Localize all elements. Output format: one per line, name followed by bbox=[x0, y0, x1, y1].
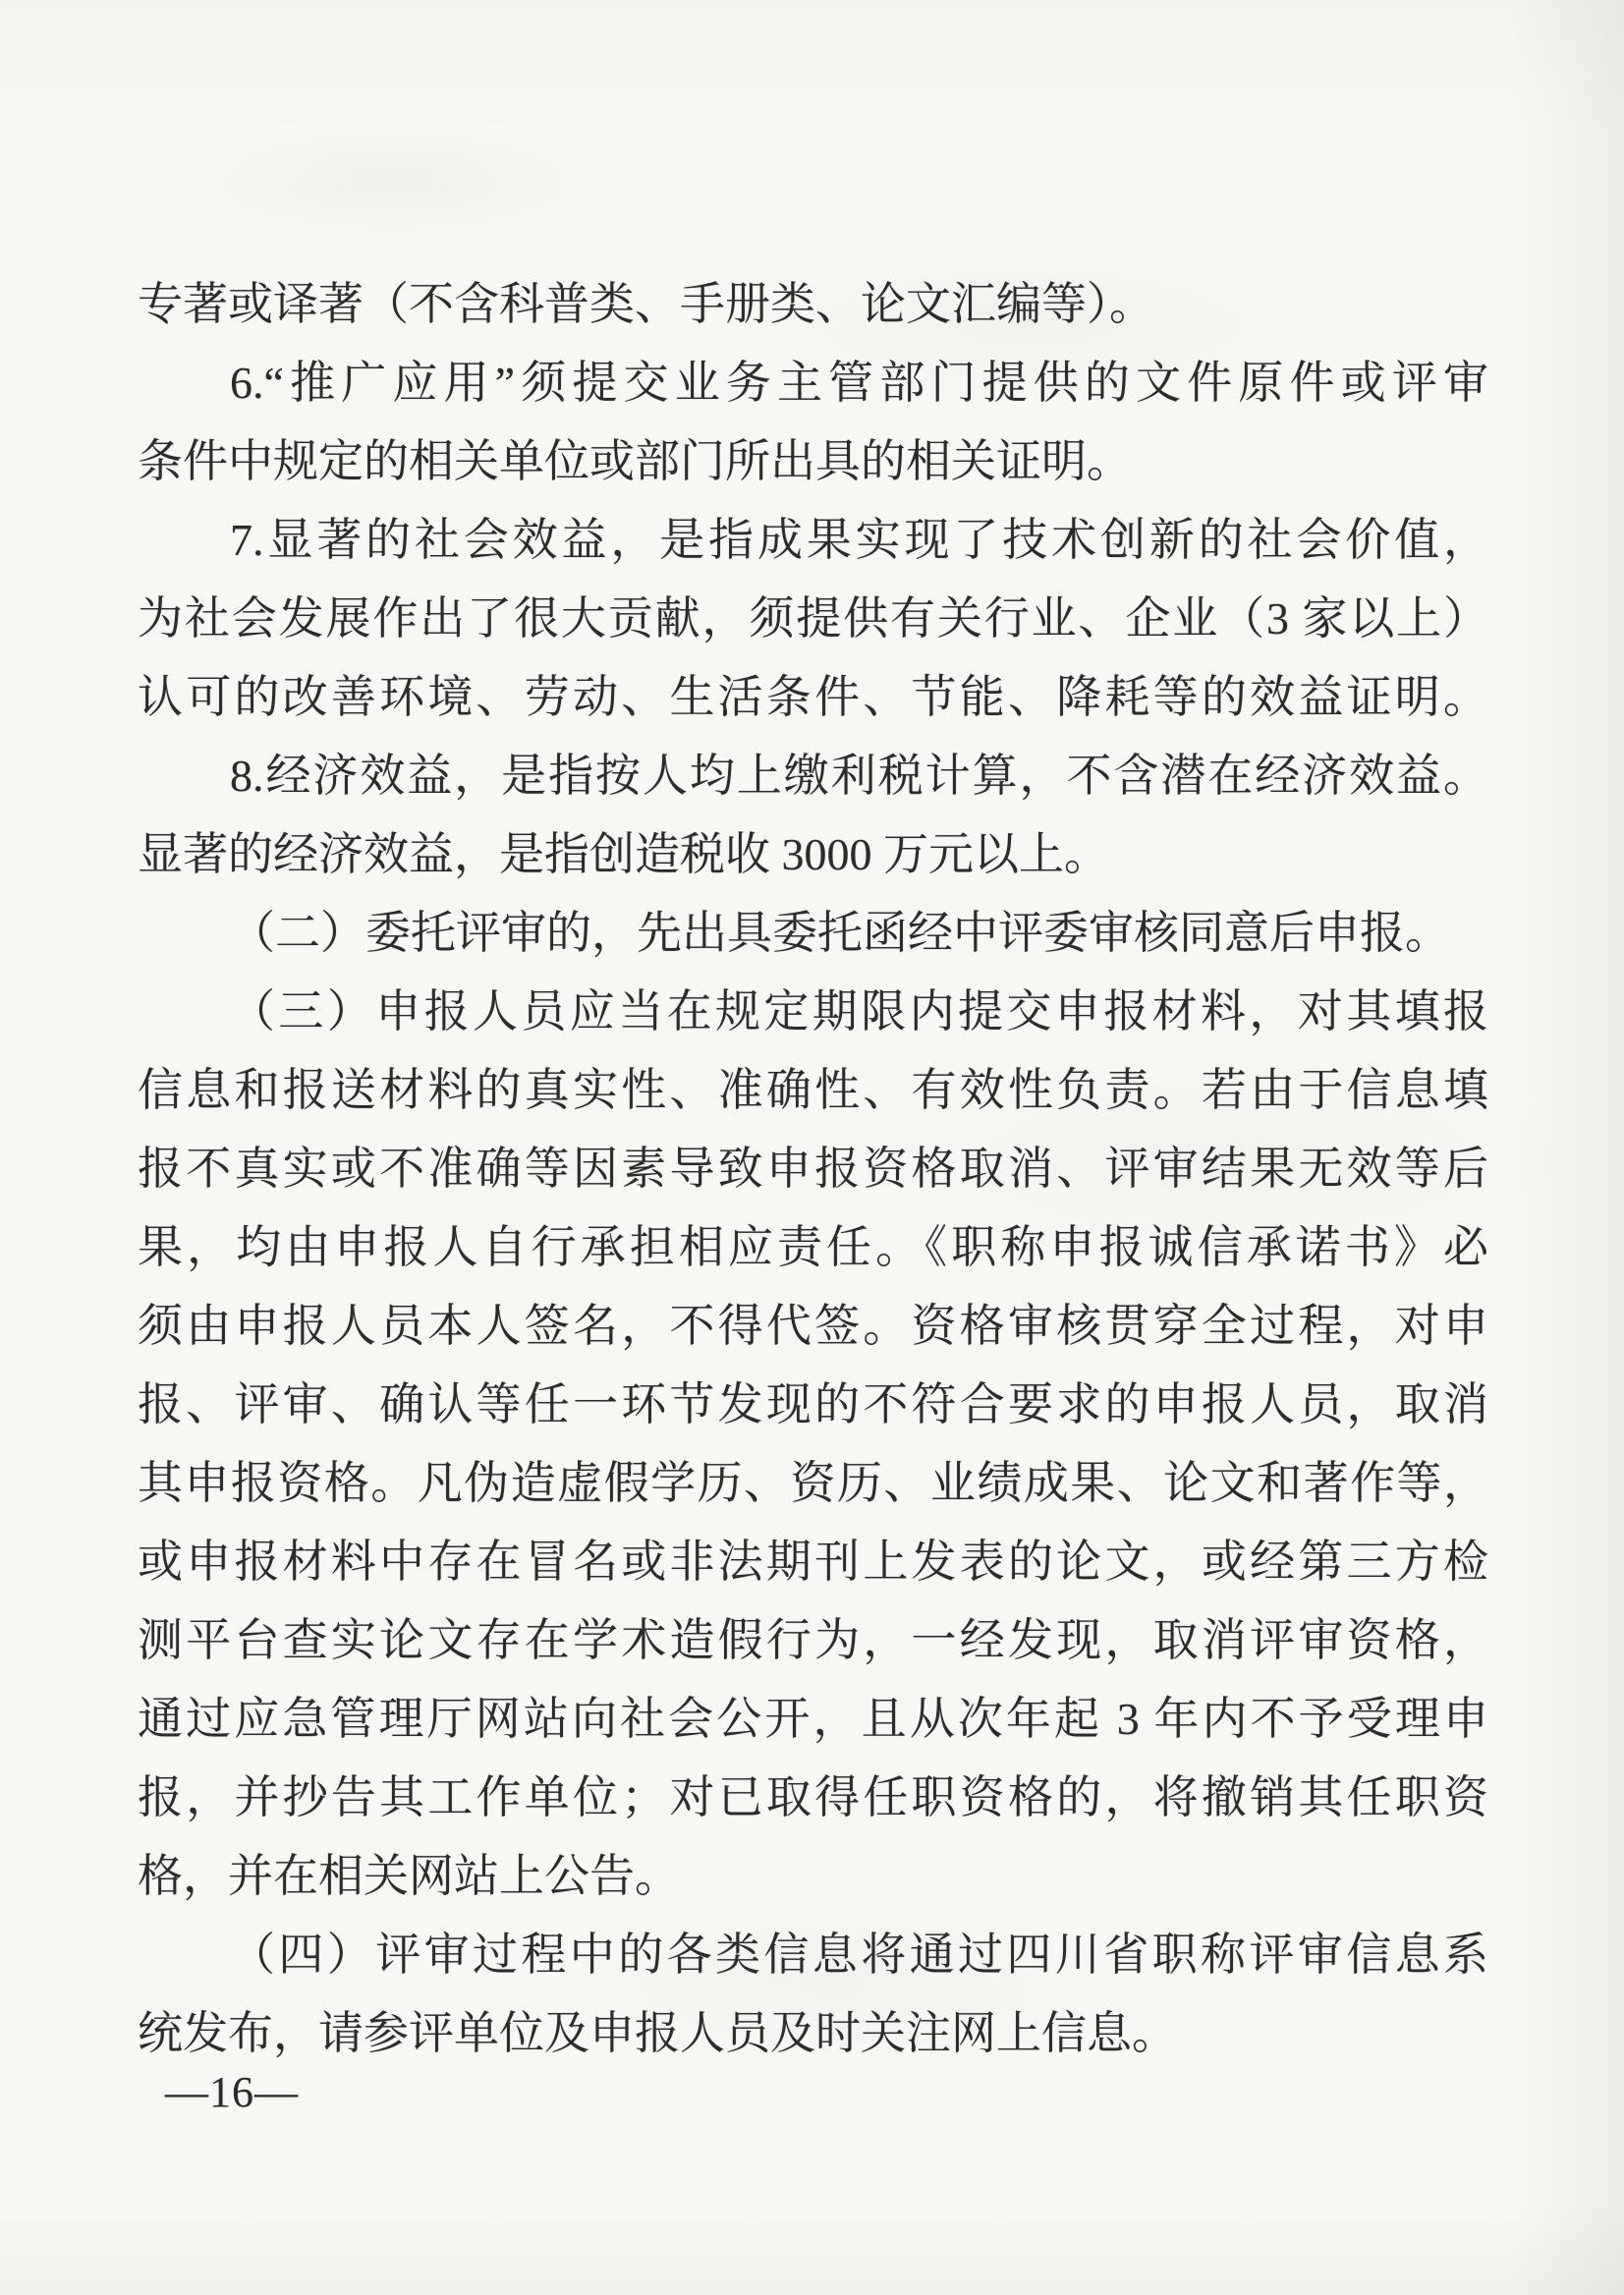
text-line: 专著或译著（不含科普类、手册类、论文汇编等）。 bbox=[138, 265, 1488, 344]
text-line: 测平台查实论文存在学术造假行为，一经发现，取消评审资格， bbox=[138, 1601, 1488, 1680]
text-line: （二）委托评审的，先出具委托函经中评委审核同意后申报。 bbox=[138, 894, 1488, 973]
text-line: 或申报材料中存在冒名或非法期刊上发表的论文，或经第三方检 bbox=[138, 1523, 1488, 1601]
text-line: 认可的改善环境、劳动、生活条件、节能、降耗等的效益证明。 bbox=[138, 658, 1488, 737]
text-line: 其申报资格。凡伪造虚假学历、资历、业绩成果、论文和著作等， bbox=[138, 1444, 1488, 1523]
page-number: —16— bbox=[165, 2063, 299, 2122]
text-line: 报，并抄告其工作单位；对已取得任职资格的，将撤销其任职资 bbox=[138, 1759, 1488, 1837]
text-line: 果，均由申报人自行承担相应责任。《职称申报诚信承诺书》必 bbox=[138, 1208, 1488, 1287]
text-line: 显著的经济效益，是指创造税收 3000 万元以上。 bbox=[138, 815, 1488, 894]
text-line: 报不真实或不准确等因素导致申报资格取消、评审结果无效等后 bbox=[138, 1130, 1488, 1208]
text-line: 信息和报送材料的真实性、准确性、有效性负责。若由于信息填 bbox=[138, 1051, 1488, 1130]
document-page: 专著或译著（不含科普类、手册类、论文汇编等）。6.“推广应用”须提交业务主管部门… bbox=[0, 0, 1624, 2295]
text-line: 条件中规定的相关单位或部门所出具的相关证明。 bbox=[138, 422, 1488, 501]
text-line: （四）评审过程中的各类信息将通过四川省职称评审信息系 bbox=[138, 1916, 1488, 1994]
text-line: 格，并在相关网站上公告。 bbox=[138, 1837, 1488, 1916]
text-line: 报、评审、确认等任一环节发现的不符合要求的申报人员，取消 bbox=[138, 1366, 1488, 1444]
text-line: （三）申报人员应当在规定期限内提交申报材料，对其填报 bbox=[138, 973, 1488, 1051]
text-line: 为社会发展作出了很大贡献，须提供有关行业、企业（3 家以上） bbox=[138, 580, 1488, 658]
text-line: 7.显著的社会效益，是指成果实现了技术创新的社会价值， bbox=[138, 501, 1488, 580]
text-line: 通过应急管理厅网站向社会公开，且从次年起 3 年内不予受理申 bbox=[138, 1680, 1488, 1759]
text-line: 须由申报人员本人签名，不得代签。资格审核贯穿全过程，对申 bbox=[138, 1287, 1488, 1366]
document-text-block: 专著或译著（不含科普类、手册类、论文汇编等）。6.“推广应用”须提交业务主管部门… bbox=[138, 265, 1488, 2073]
text-line: 6.“推广应用”须提交业务主管部门提供的文件原件或评审 bbox=[138, 344, 1488, 422]
text-line: 统发布，请参评单位及申报人员及时关注网上信息。 bbox=[138, 1994, 1488, 2073]
text-line: 8.经济效益，是指按人均上缴利税计算，不含潜在经济效益。 bbox=[138, 737, 1488, 815]
